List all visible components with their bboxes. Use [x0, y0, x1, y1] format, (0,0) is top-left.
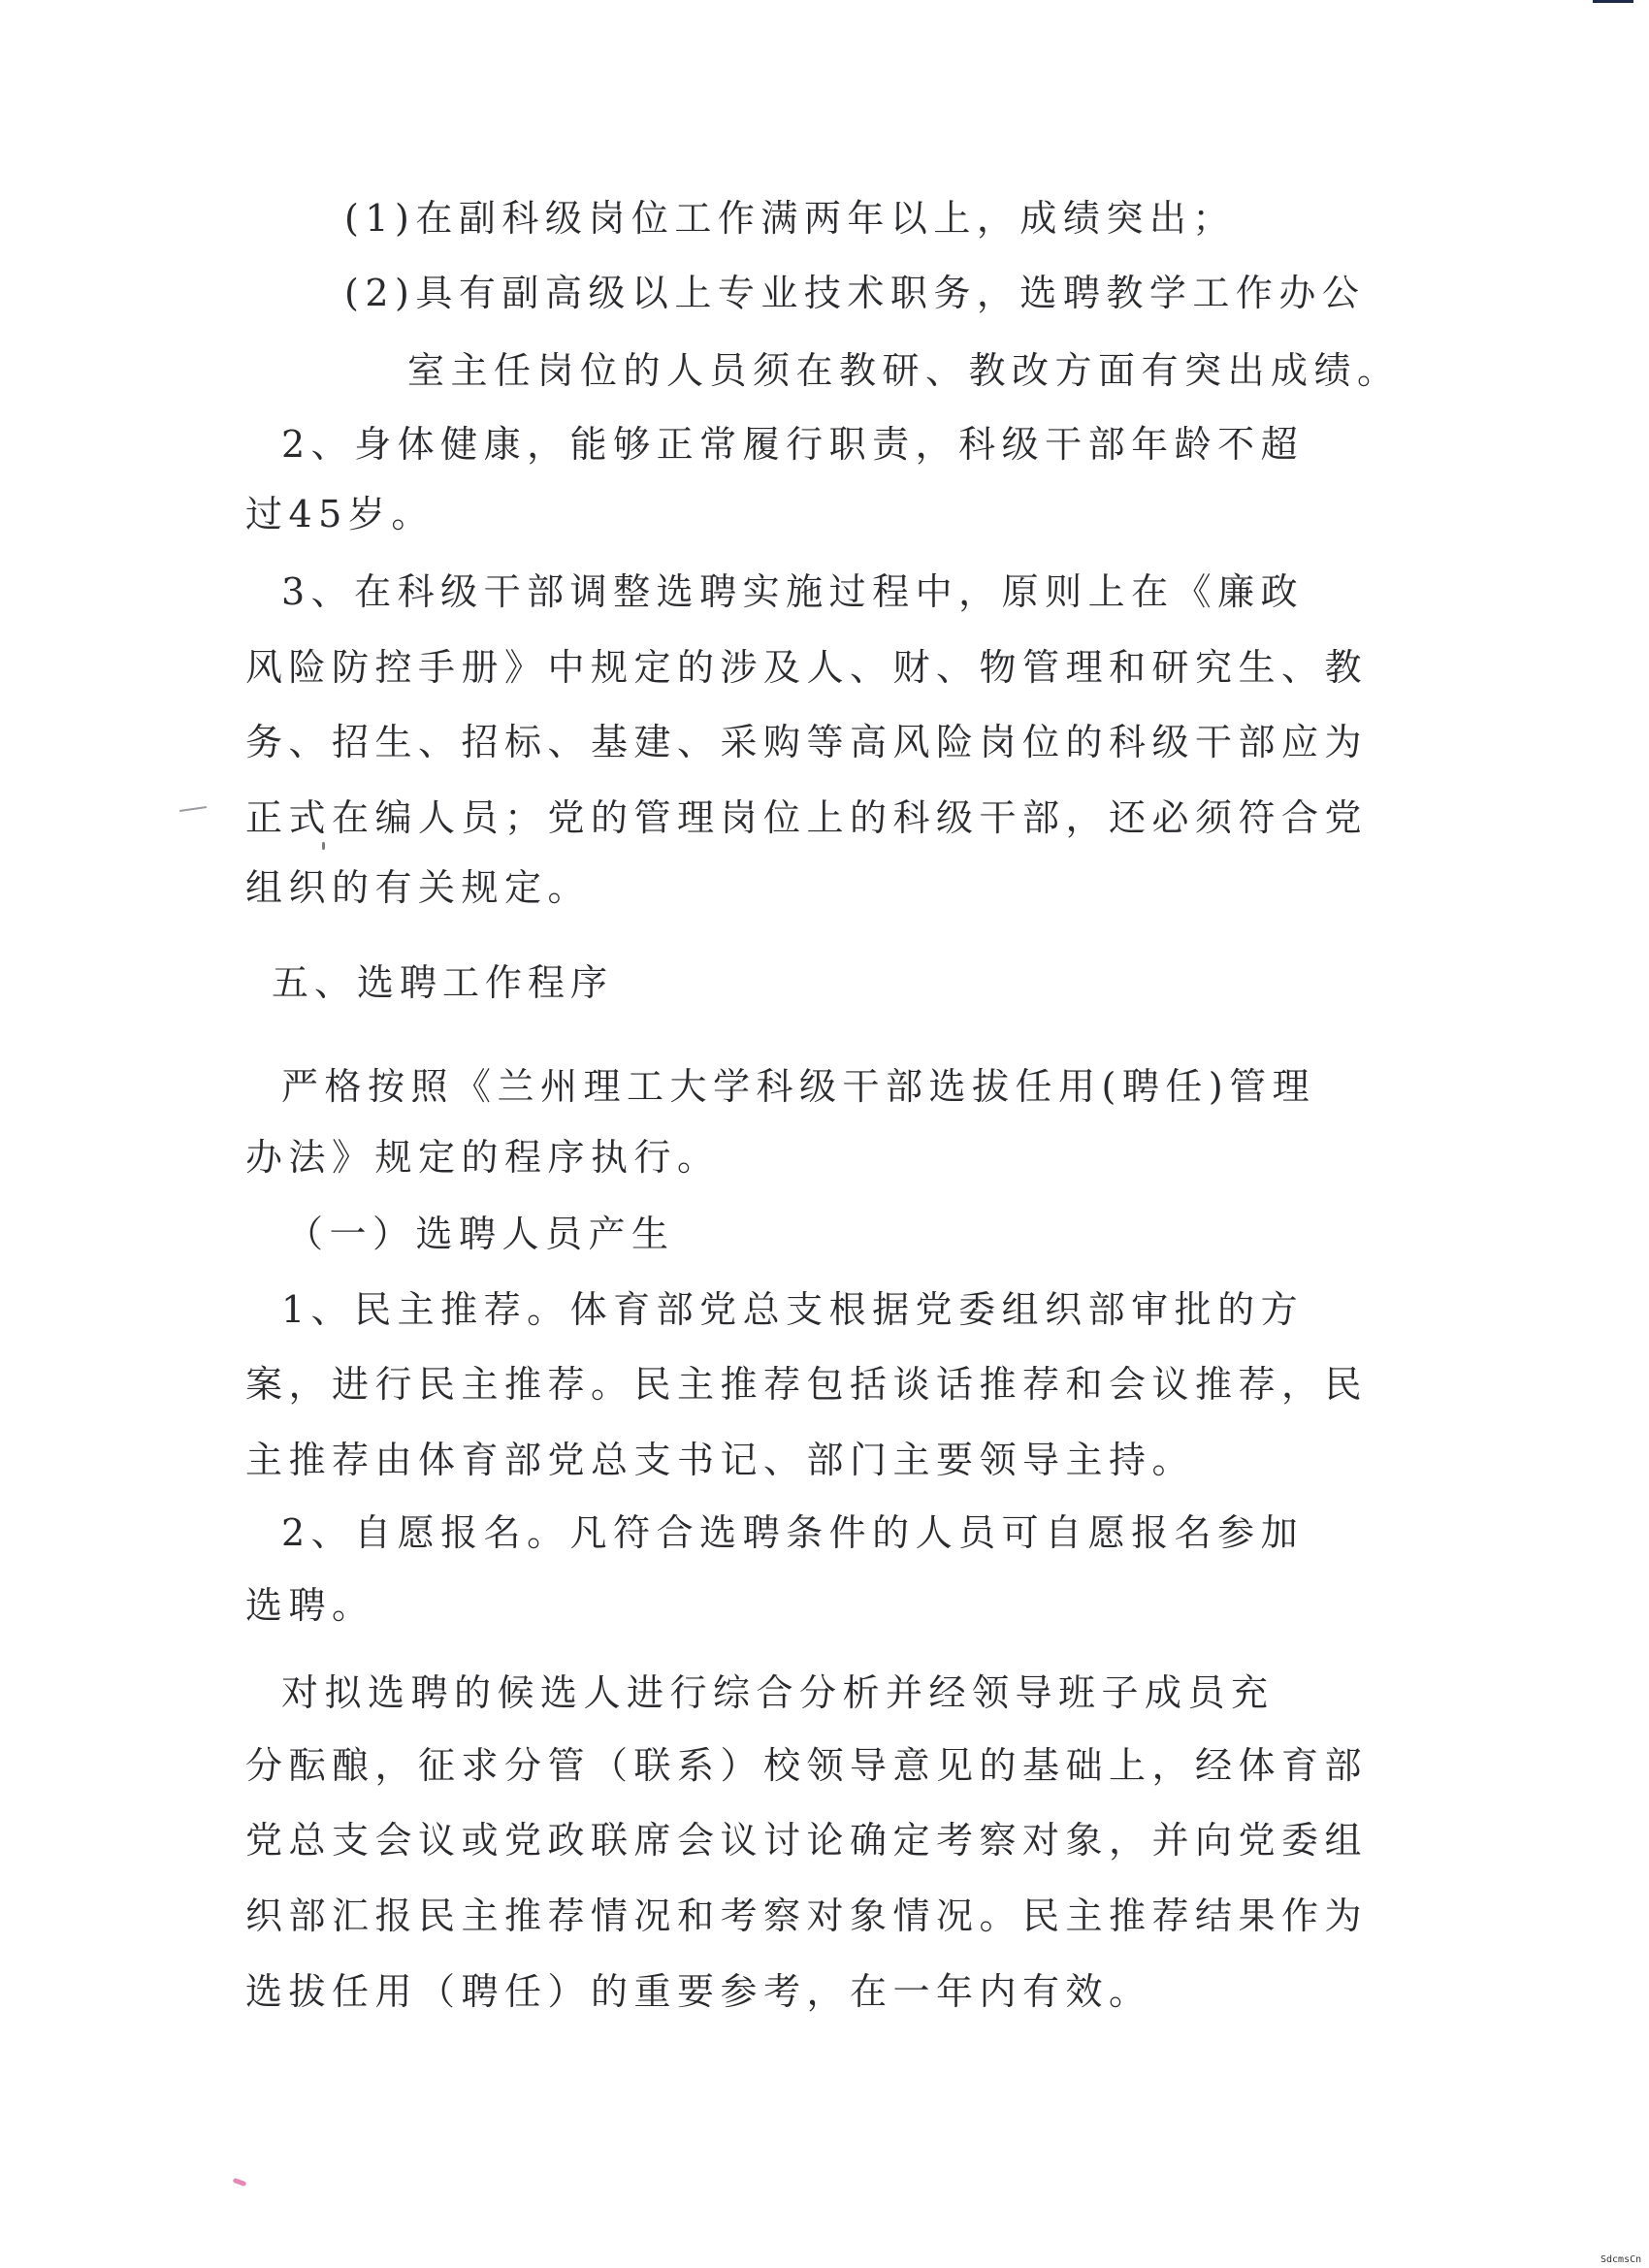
text-line: 选聘。 [245, 1581, 375, 1630]
text-line: 2、自愿报名。凡符合选聘条件的人员可自愿报名参加 [281, 1508, 1304, 1557]
text-line: 务、招生、招标、基建、采购等高风险岗位的科级干部应为 [245, 718, 1368, 766]
text-line: 3、在科级干部调整选聘实施过程中，原则上在《廉政 [281, 567, 1304, 616]
text-line: 办法》规定的程序执行。 [245, 1133, 721, 1182]
text-line: 正式在编人员；党的管理岗位上的科级干部，还必须符合党 [245, 794, 1368, 842]
scan-edge-mark [1593, 0, 1633, 3]
text-line: 案，进行民主推荐。民主推荐包括谈话推荐和会议推荐，民 [245, 1360, 1368, 1409]
text-line: 对拟选聘的候选人进行综合分析并经领导班子成员充 [281, 1669, 1275, 1717]
scan-artifact-pink-mark [233, 2178, 247, 2187]
text-line: 风险防控手册》中规定的涉及人、财、物管理和研究生、教 [245, 643, 1368, 692]
text-line: 过45岁。 [245, 490, 435, 538]
section-heading: 五、选聘工作程序 [272, 958, 613, 1007]
text-line: 选拔任用（聘任）的重要参考，在一年内有效。 [245, 1967, 1152, 2016]
text-line: 严格按照《兰州理工大学科级干部选拔任用(聘任)管理 [281, 1062, 1315, 1111]
text-line: 1、民主推荐。体育部党总支根据党委组织部审批的方 [281, 1285, 1304, 1334]
scan-artifact-dash [179, 806, 207, 812]
text-line: 2、身体健康，能够正常履行职责，科级干部年龄不超 [281, 420, 1304, 469]
text-line: 室主任岗位的人员须在教研、教改方面有突出成绩。 [407, 346, 1401, 395]
subsection-heading: （一）选聘人员产生 [286, 1210, 675, 1258]
text-line: 分酝酿，征求分管（联系）校领导意见的基础上，经体育部 [245, 1741, 1368, 1790]
text-line: (1)在副科级岗位工作满两年以上，成绩突出； [344, 194, 1236, 243]
watermark: SdcmsCn [1600, 2254, 1641, 2265]
scan-artifact-dot [322, 842, 325, 850]
text-line: (2)具有副高级以上专业技术职务，选聘教学工作办公 [344, 269, 1365, 317]
text-line: 织部汇报民主推荐情况和考察对象情况。民主推荐结果作为 [245, 1892, 1368, 1940]
text-line: 主推荐由体育部党总支书记、部门主要领导主持。 [245, 1436, 1195, 1484]
text-line: 组织的有关规定。 [245, 863, 591, 912]
text-line: 党总支会议或党政联席会议讨论确定考察对象，并向党委组 [245, 1816, 1368, 1864]
